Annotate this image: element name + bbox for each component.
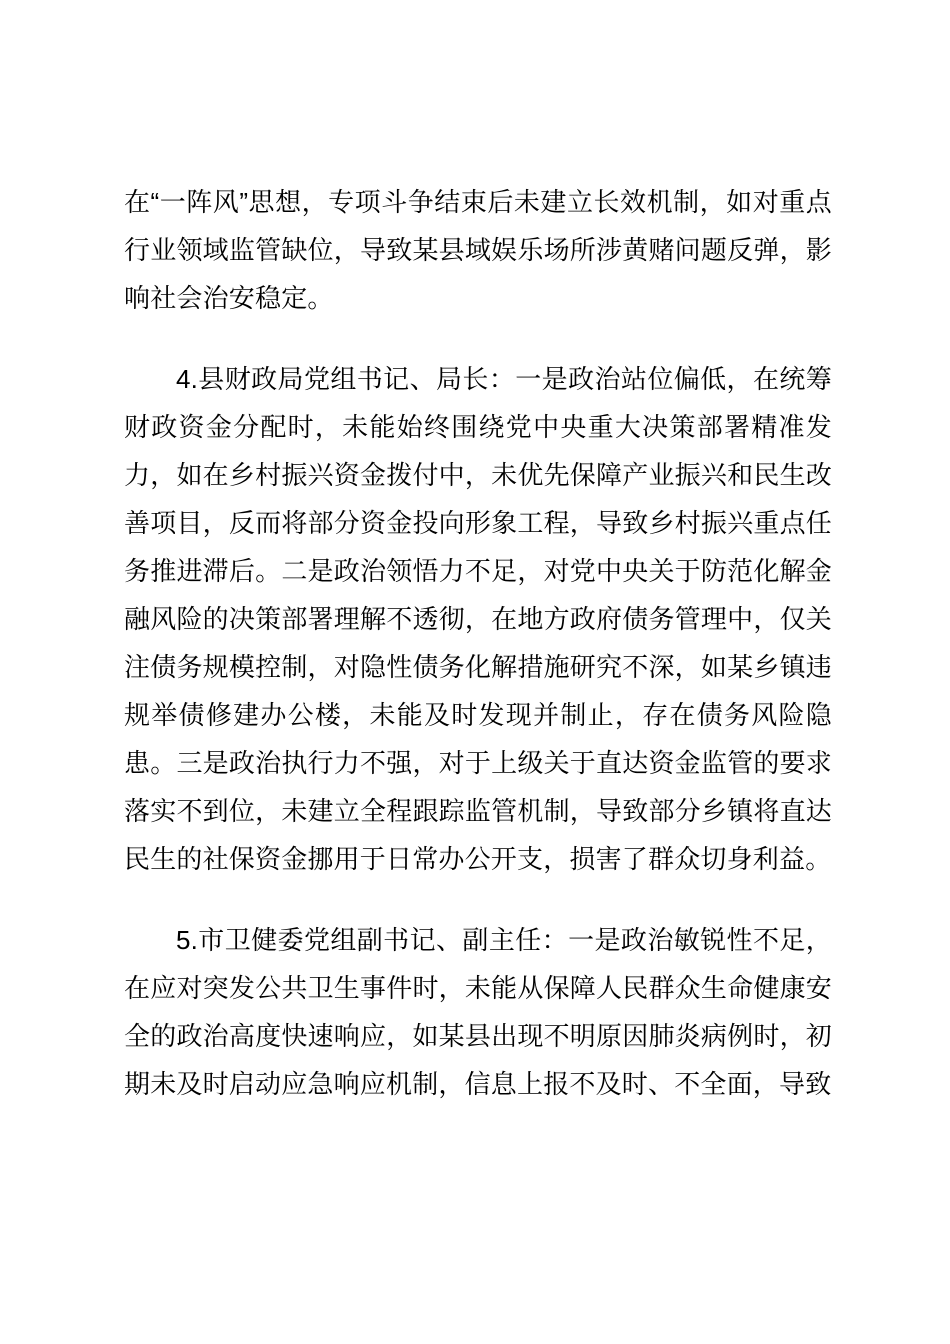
paragraph: 4.县财政局党组书记、局长：一是政治站位偏低，在统筹财政资金分配时，未能始终围绕…: [124, 355, 832, 883]
paragraph: 5.市卫健委党组副书记、副主任：一是政治敏锐性不足，在应对突发公共卫生事件时，未…: [124, 916, 832, 1108]
paragraph: 在“一阵风”思想，专项斗争结束后未建立长效机制，如对重点行业领域监管缺位，导致某…: [124, 178, 832, 322]
document-page: 在“一阵风”思想，专项斗争结束后未建立长效机制，如对重点行业领域监管缺位，导致某…: [0, 0, 950, 1344]
text-block: 在“一阵风”思想，专项斗争结束后未建立长效机制，如对重点行业领域监管缺位，导致某…: [124, 178, 832, 1141]
